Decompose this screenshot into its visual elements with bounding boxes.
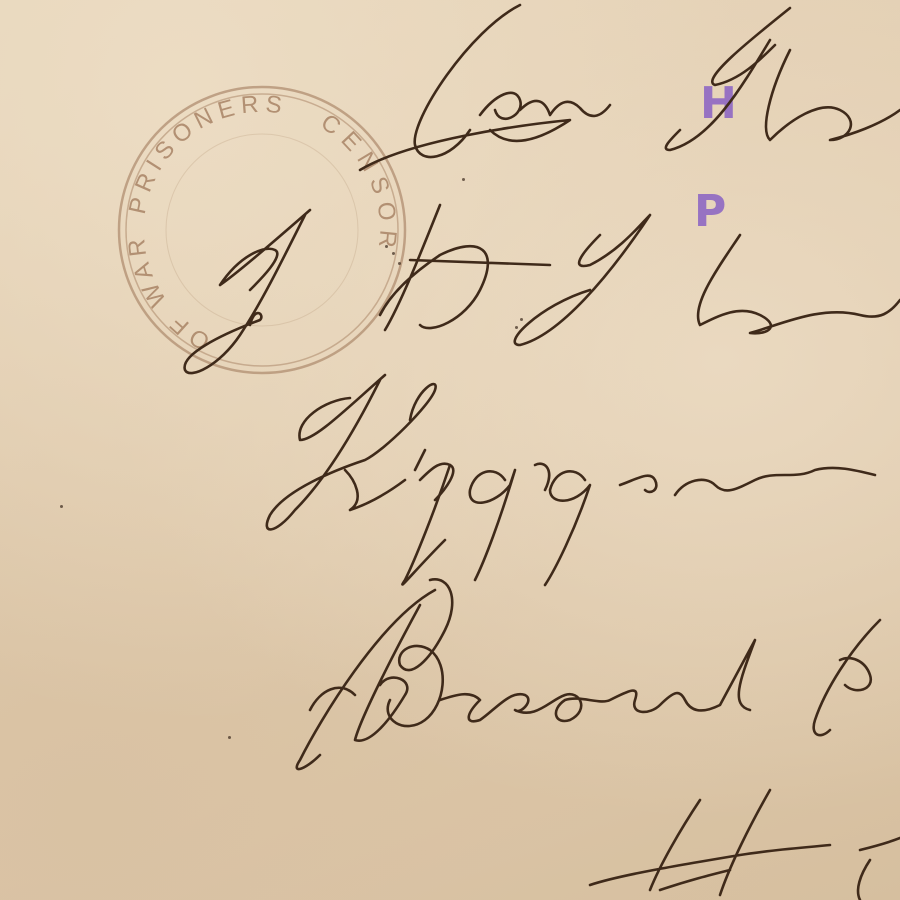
ink-speck	[520, 318, 523, 321]
handwriting-line-4: Boroad ...	[280, 570, 900, 790]
ink-speck	[398, 262, 401, 265]
ink-speck	[385, 245, 388, 248]
ink-speck	[515, 326, 518, 329]
ink-speck	[392, 252, 395, 255]
ink-speck	[228, 736, 231, 739]
handwriting-line-1: Den Ha...	[320, 0, 900, 180]
ink-speck	[462, 178, 465, 181]
handwriting-line-2: J. A. Hol...	[180, 195, 900, 390]
ink-speck	[60, 505, 63, 508]
handwriting-line-5: St. ...	[560, 790, 900, 900]
envelope-photo: PRISONERS CENSOR OF WAR H P Den Ha... J.…	[0, 0, 900, 900]
